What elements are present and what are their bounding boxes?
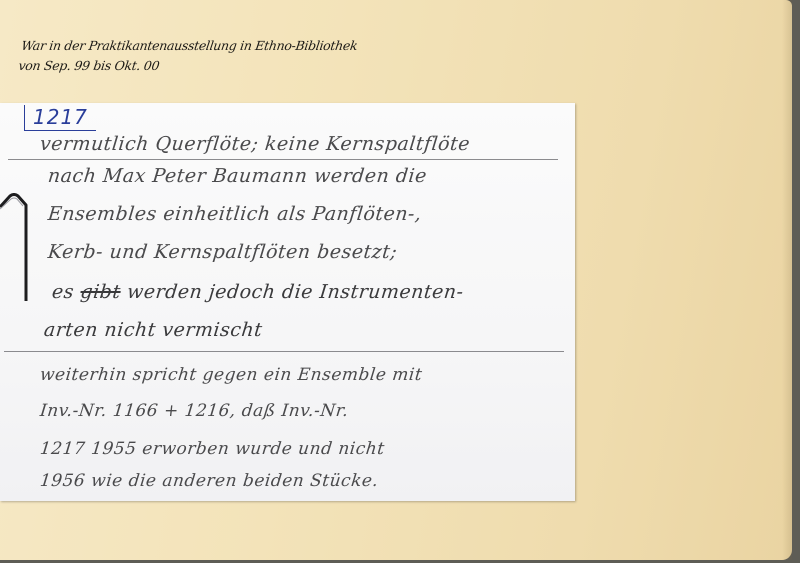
word-es: es: [51, 281, 75, 303]
card-line-6: arten nicht vermischt: [43, 319, 264, 341]
card-line-5: es gibt werden jedoch die Instrumenten-: [51, 281, 465, 303]
backing-board: War in der Praktikantenausstellung in Et…: [0, 0, 792, 560]
card-lower-line-4: 1956 wie die anderen beiden Stücke.: [39, 471, 379, 491]
card-line-4: Kerb- und Kernspaltflöten besetzt;: [47, 241, 399, 263]
card-lower-line-1: weiterhin spricht gegen ein Ensemble mit: [39, 365, 423, 385]
card-line-1: vermutlich Querflöte; keine Kernspaltflö…: [39, 133, 471, 155]
header-note-line-1: War in der Praktikantenausstellung in Et…: [20, 36, 463, 56]
struck-word: gibt: [79, 281, 121, 303]
paper-clip-icon: [0, 193, 30, 303]
card-line-3: Ensembles einheitlich als Panflöten-,: [47, 203, 423, 225]
card-lower-line-3: 1217 1955 erworben wurde und nicht: [39, 439, 386, 459]
index-card: 1217 vermutlich Querflöte; keine Kernspa…: [0, 103, 575, 501]
word-continuation: werden jedoch die Instrumenten-: [126, 281, 465, 303]
card-lower-line-2: Inv.-Nr. 1166 + 1216, daß Inv.-Nr.: [39, 401, 350, 421]
ruled-line: [8, 159, 558, 160]
header-note-line-2: von Sep. 99 bis Okt. 00: [17, 56, 460, 76]
inventory-number: 1217: [24, 105, 96, 131]
ruled-line: [4, 351, 564, 352]
card-line-2: nach Max Peter Baumann werden die: [47, 165, 428, 187]
header-note: War in der Praktikantenausstellung in Et…: [17, 36, 463, 76]
